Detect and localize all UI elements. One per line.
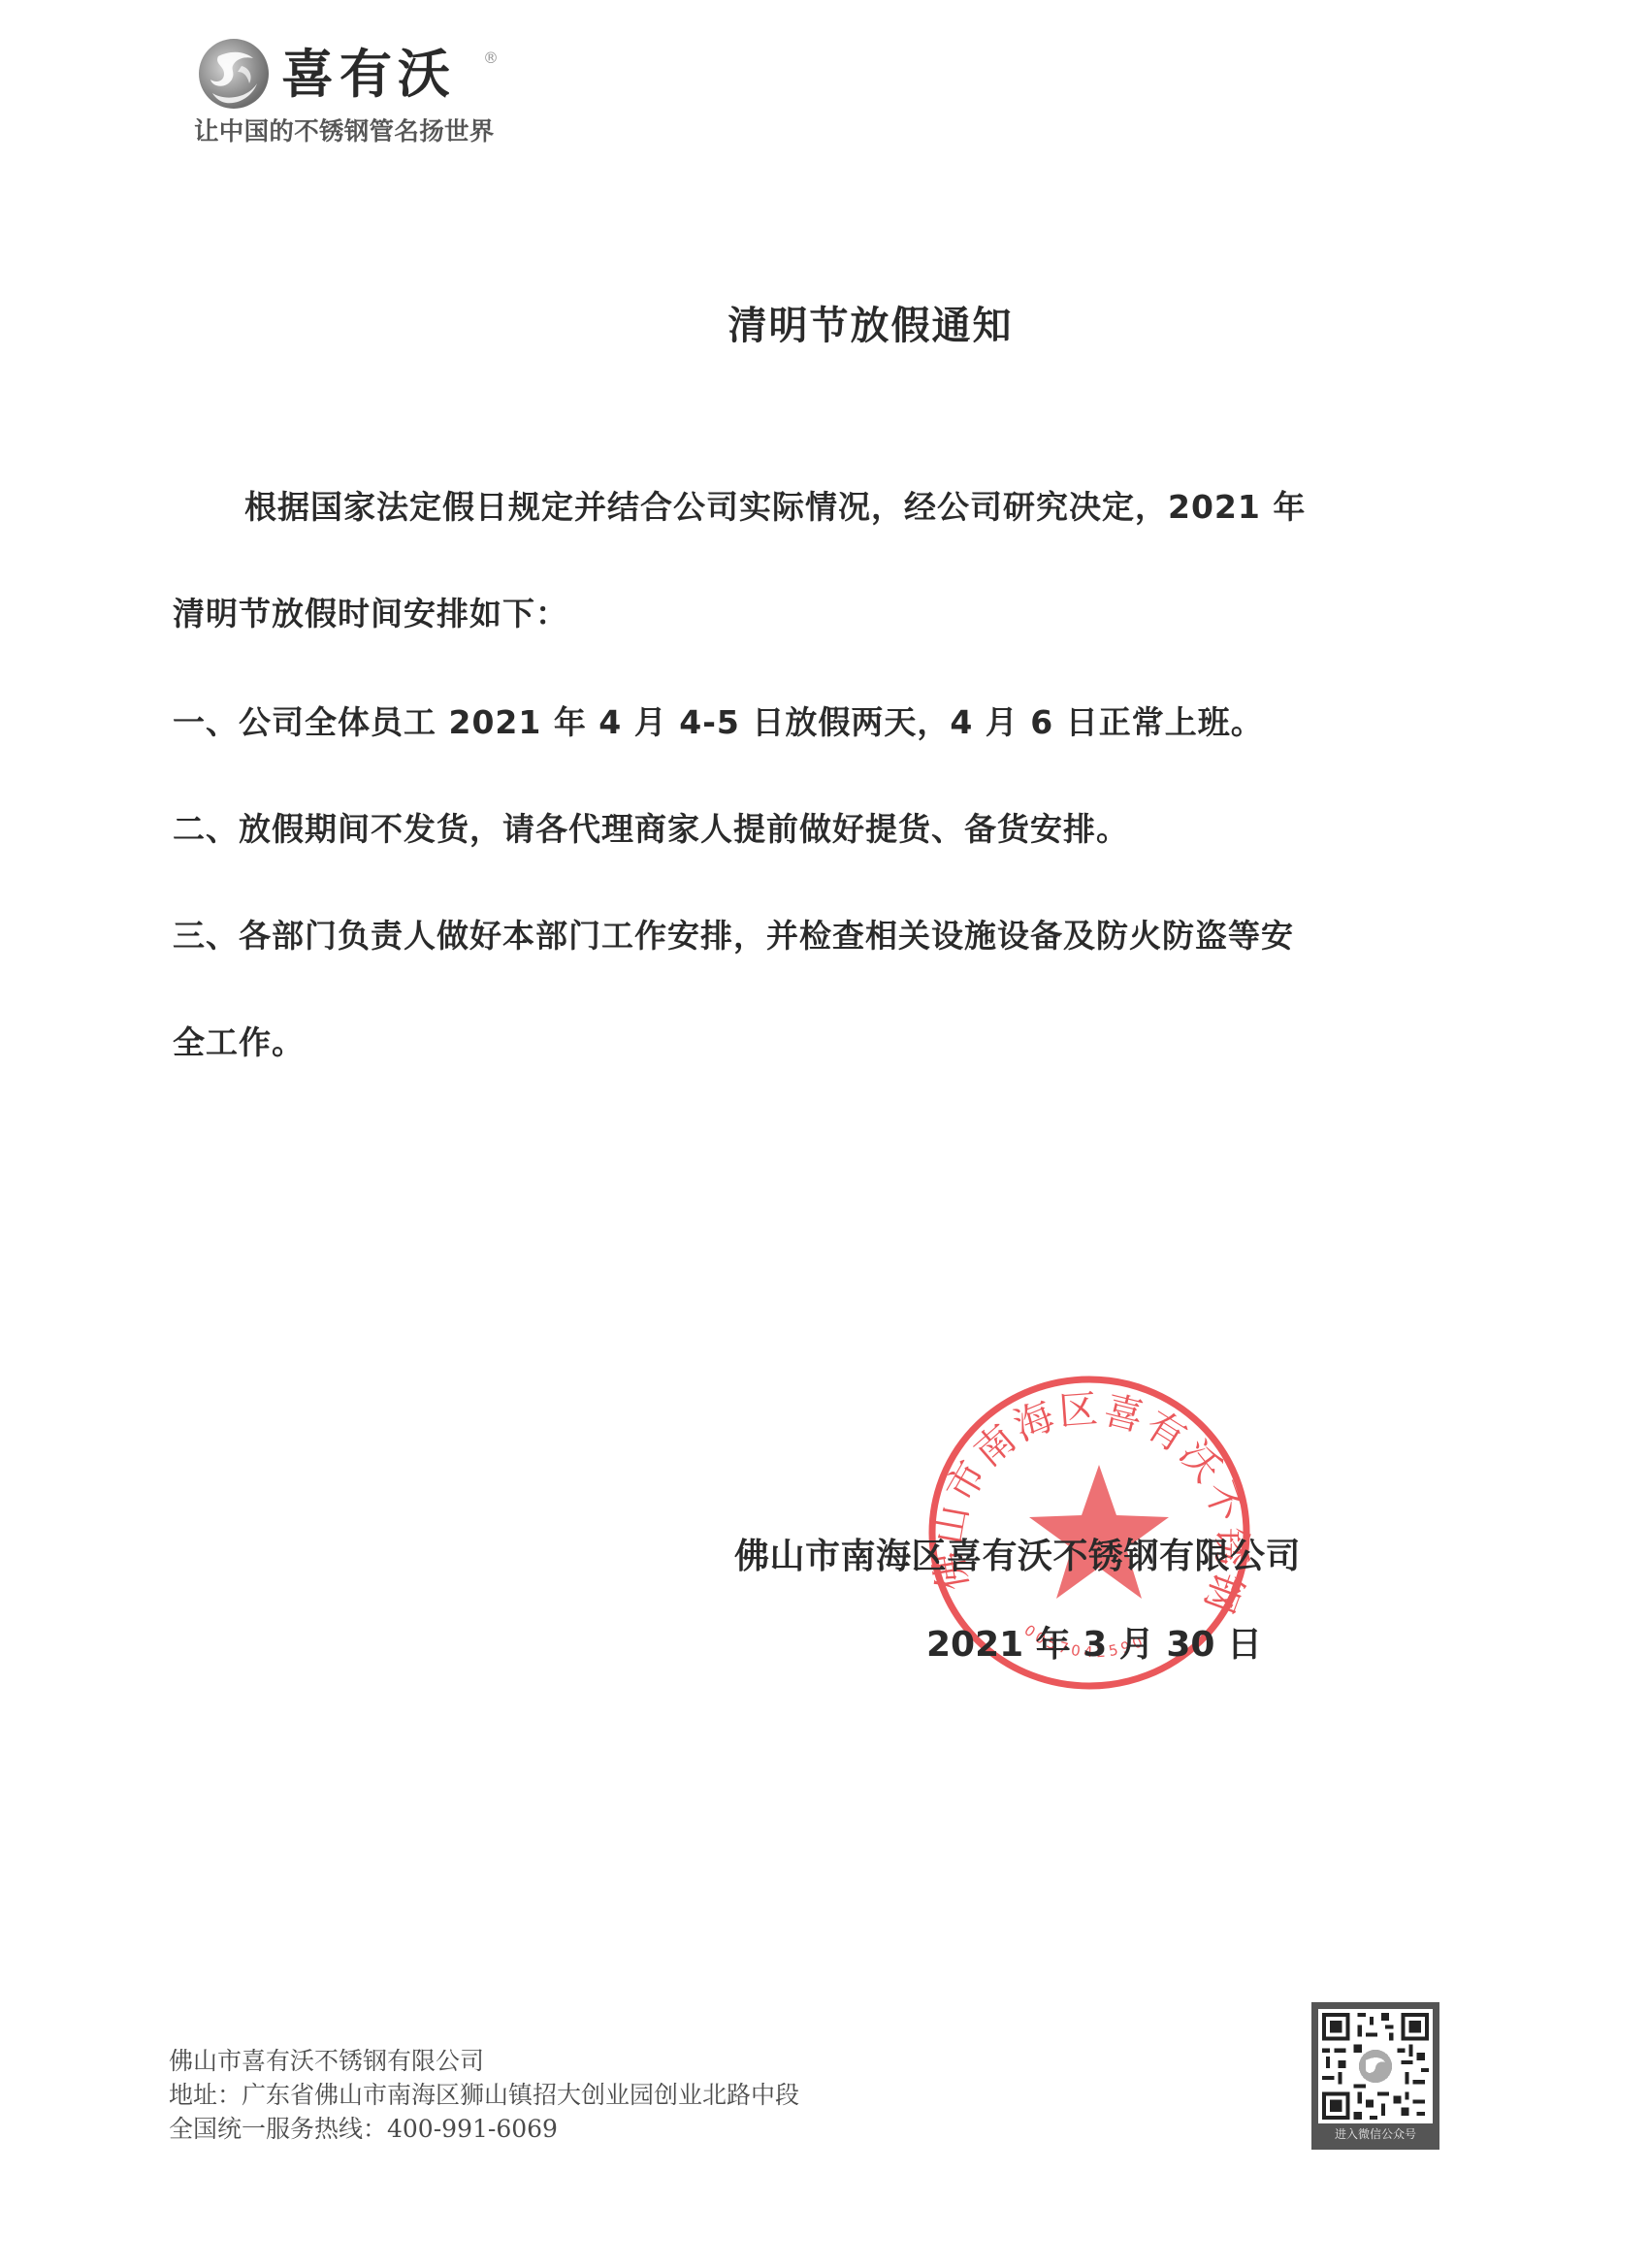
qr-code-block[interactable]: 进入微信公众号 [1311,2002,1439,2150]
signature-date: 2021 年 3 月 30 日 [926,1628,1262,1663]
footer-company: 佛山市喜有沃不锈钢有限公司 [169,2049,484,2073]
qr-code-icon [1318,2009,1433,2123]
signature-company: 佛山市南海区喜有沃不锈钢有限公司 [734,1539,1301,1574]
document-title: 清明节放假通知 [0,307,1649,345]
list-item-1: 一、公司全体员工 2021 年 4 月 4-5 日放假两天，4 月 6 日正常上… [173,706,1264,738]
paragraph-intro-line-1: 根据国家法定假日规定并结合公司实际情况，经公司研究决定，2021 年 [244,491,1306,523]
brand-name: 喜有沃 [281,49,456,101]
footer-address: 地址：广东省佛山市南海区狮山镇招大创业园创业北路中段 [169,2083,799,2107]
qr-code-label: 进入微信公众号 [1318,2123,1433,2145]
brand-slogan: 让中国的不锈钢管名扬世界 [194,120,495,146]
list-item-2: 二、放假期间不发货，请各代理商家人提前做好提货、备货安排。 [173,813,1129,845]
registered-mark: ® [483,50,499,66]
swirl-logo-icon [197,37,271,111]
list-item-3-line-1: 三、各部门负责人做好本部门工作安排，并检查相关设施设备及防火防盗等安 [173,920,1294,952]
star-icon [1029,1465,1169,1599]
paragraph-intro-line-2: 清明节放假时间安排如下： [173,598,568,630]
list-item-3-line-2: 全工作。 [173,1026,305,1058]
footer-hotline: 全国统一服务热线：400-991-6069 [169,2117,558,2141]
